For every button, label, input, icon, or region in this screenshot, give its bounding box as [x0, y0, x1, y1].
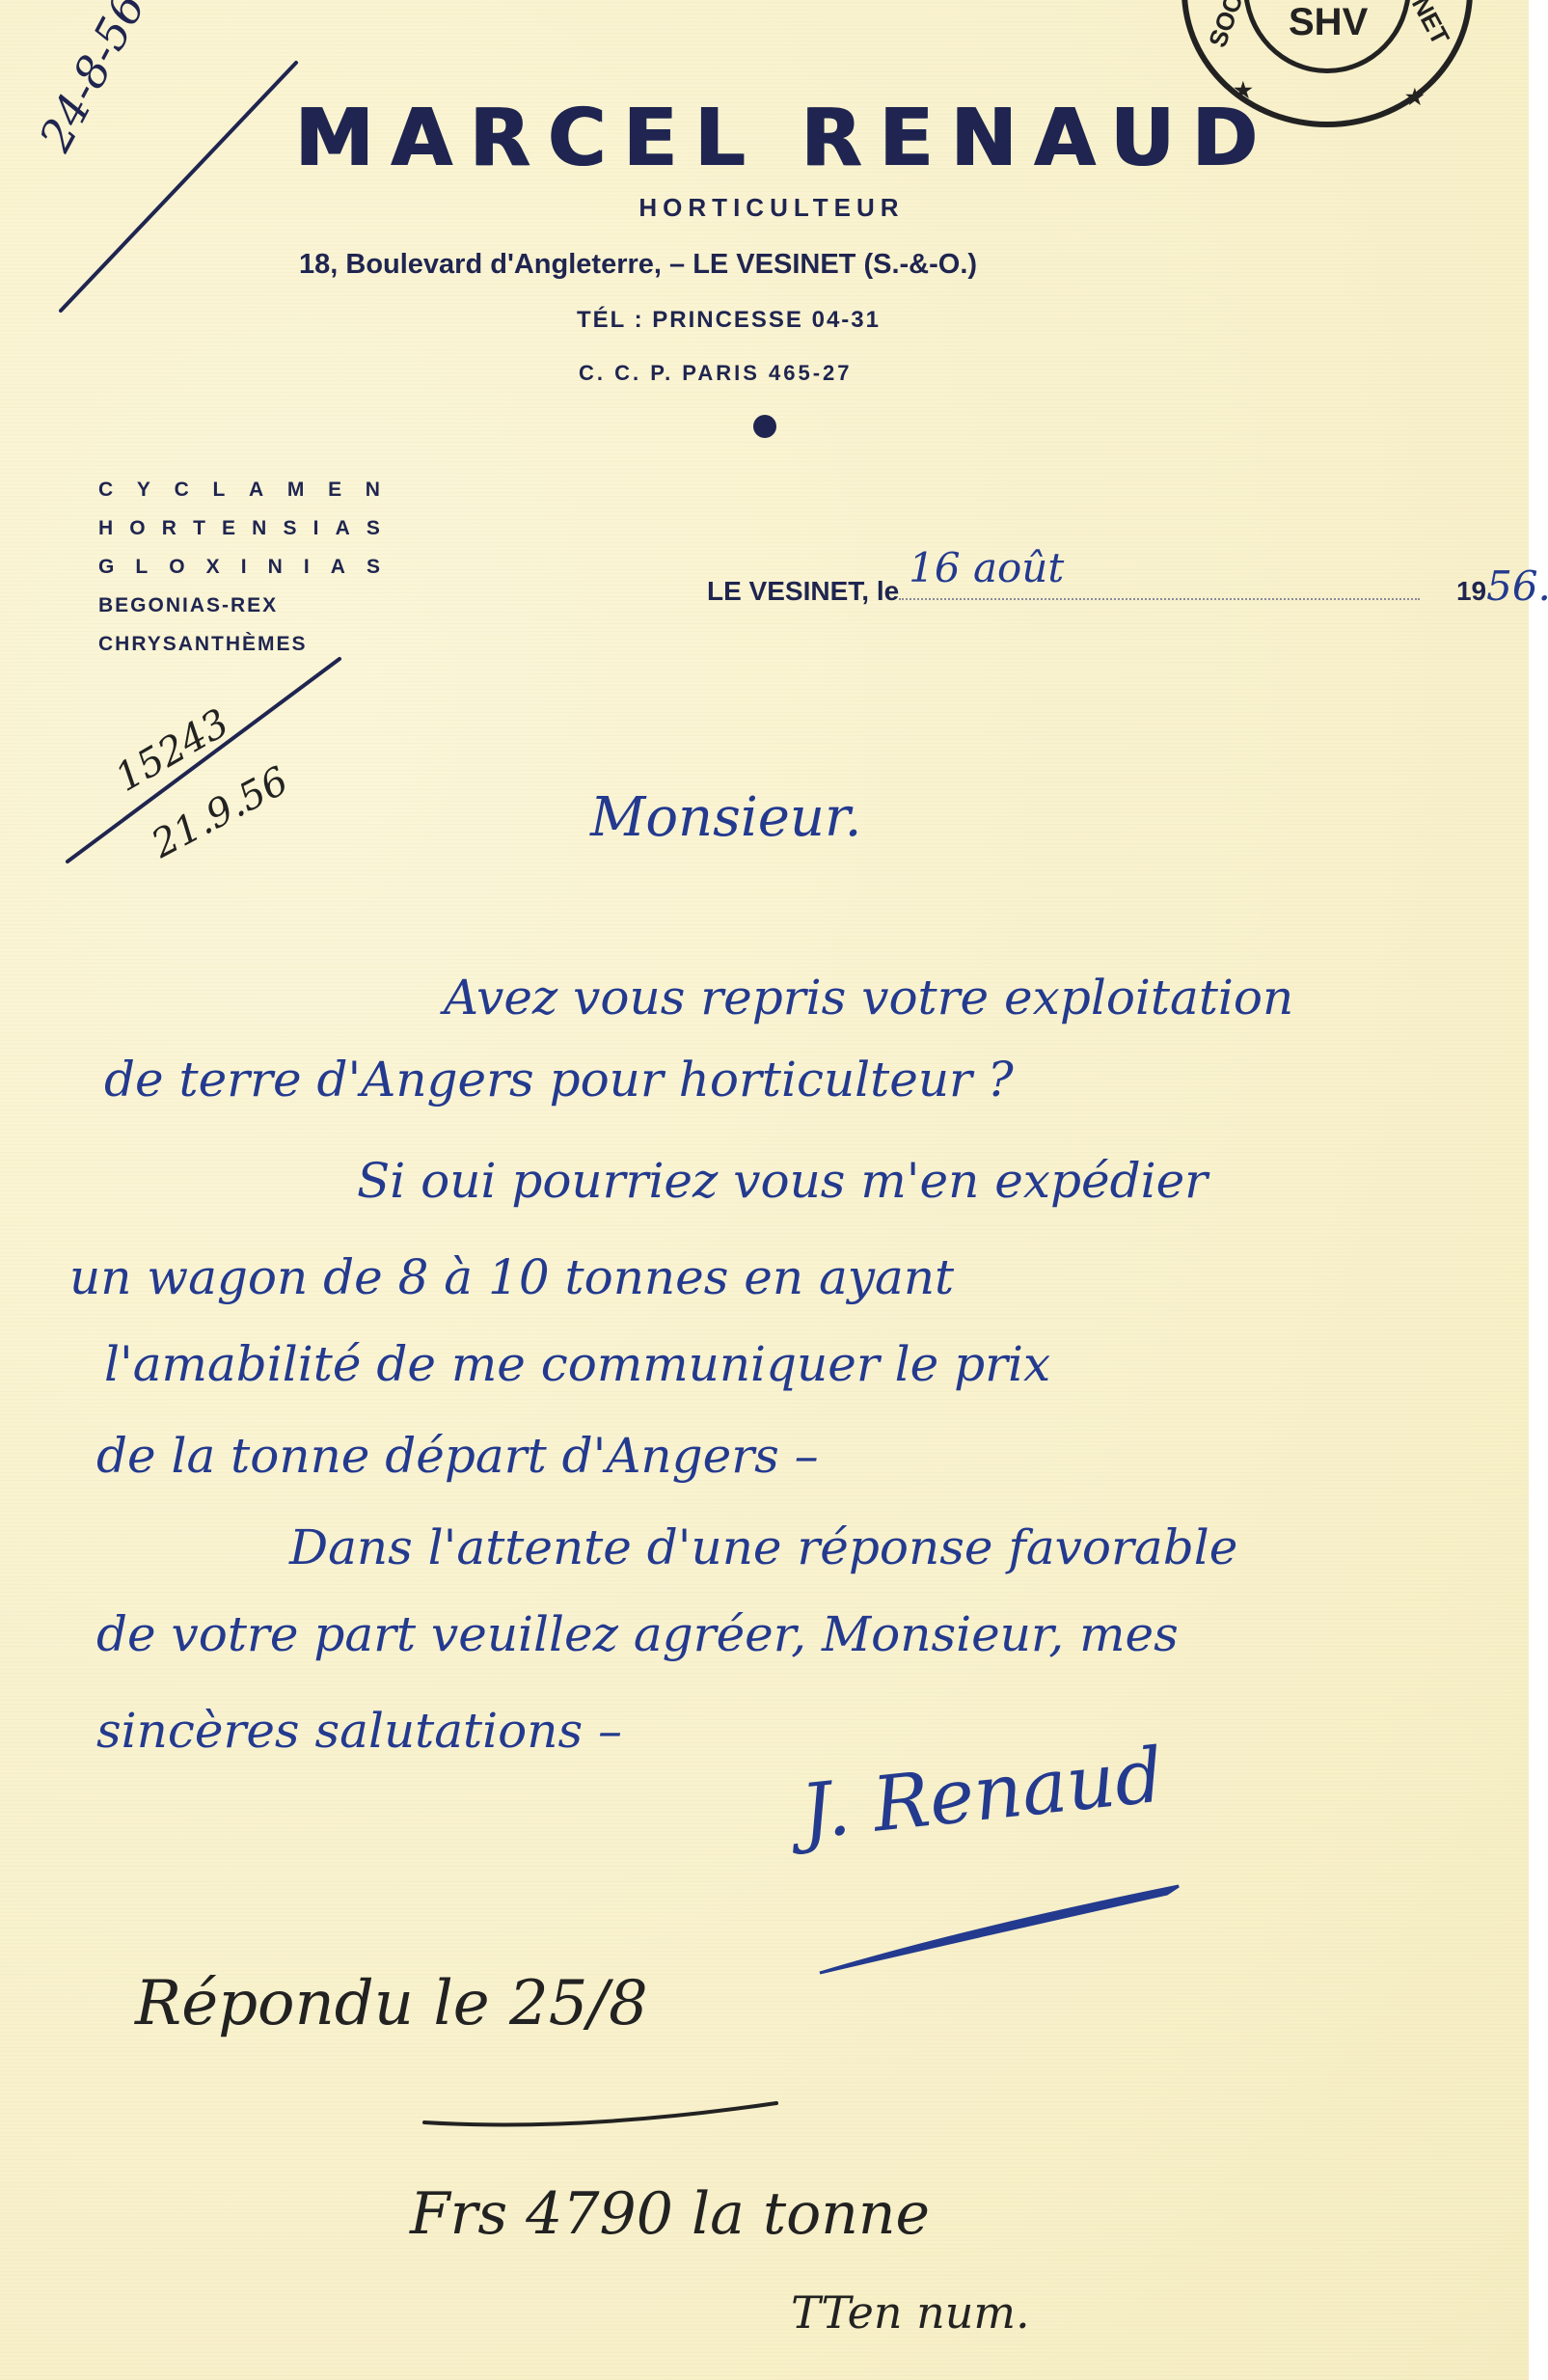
body-line: un wagon de 8 à 10 tonnes en ayant: [69, 1249, 954, 1305]
price-note: Frs 4790 la tonne: [410, 2180, 930, 2248]
reply-note: Répondu le 25/8: [135, 1968, 648, 2039]
reply-underline: [424, 2103, 776, 2125]
body-line: de la tonne départ d'Angers –: [96, 1428, 819, 1484]
body-line: de terre d'Angers pour horticulteur ?: [104, 1052, 1014, 1108]
body-line: de votre part veuillez agréer, Monsieur,…: [96, 1606, 1179, 1662]
body-line: Avez vous repris votre exploitation: [444, 970, 1293, 1026]
date-written: 16 août: [909, 544, 1064, 591]
body-line: Dans l'attente d'une réponse favorable: [289, 1519, 1237, 1575]
salutation: Monsieur.: [590, 786, 861, 849]
price-note-2: TTen num.: [791, 2286, 1030, 2339]
body-line: l'amabilité de me communiquer le prix: [104, 1336, 1050, 1392]
place-label: LE VESINET, le: [707, 576, 899, 606]
date-fill-line: 16 août: [899, 577, 1420, 600]
body-line: Si oui pourriez vous m'en expédier: [357, 1153, 1208, 1209]
letter-paper: MarcelRENAUD HORTICULTEUR 18, Boulevard …: [0, 0, 1529, 2380]
year-written: 56.: [1486, 562, 1548, 610]
date-line: LE VESINET, le16 août 1956.: [707, 562, 1548, 610]
signature-flourish: [820, 1886, 1179, 1973]
body-line: sincères salutations –: [96, 1703, 622, 1759]
year-prefix: 19: [1456, 576, 1486, 606]
